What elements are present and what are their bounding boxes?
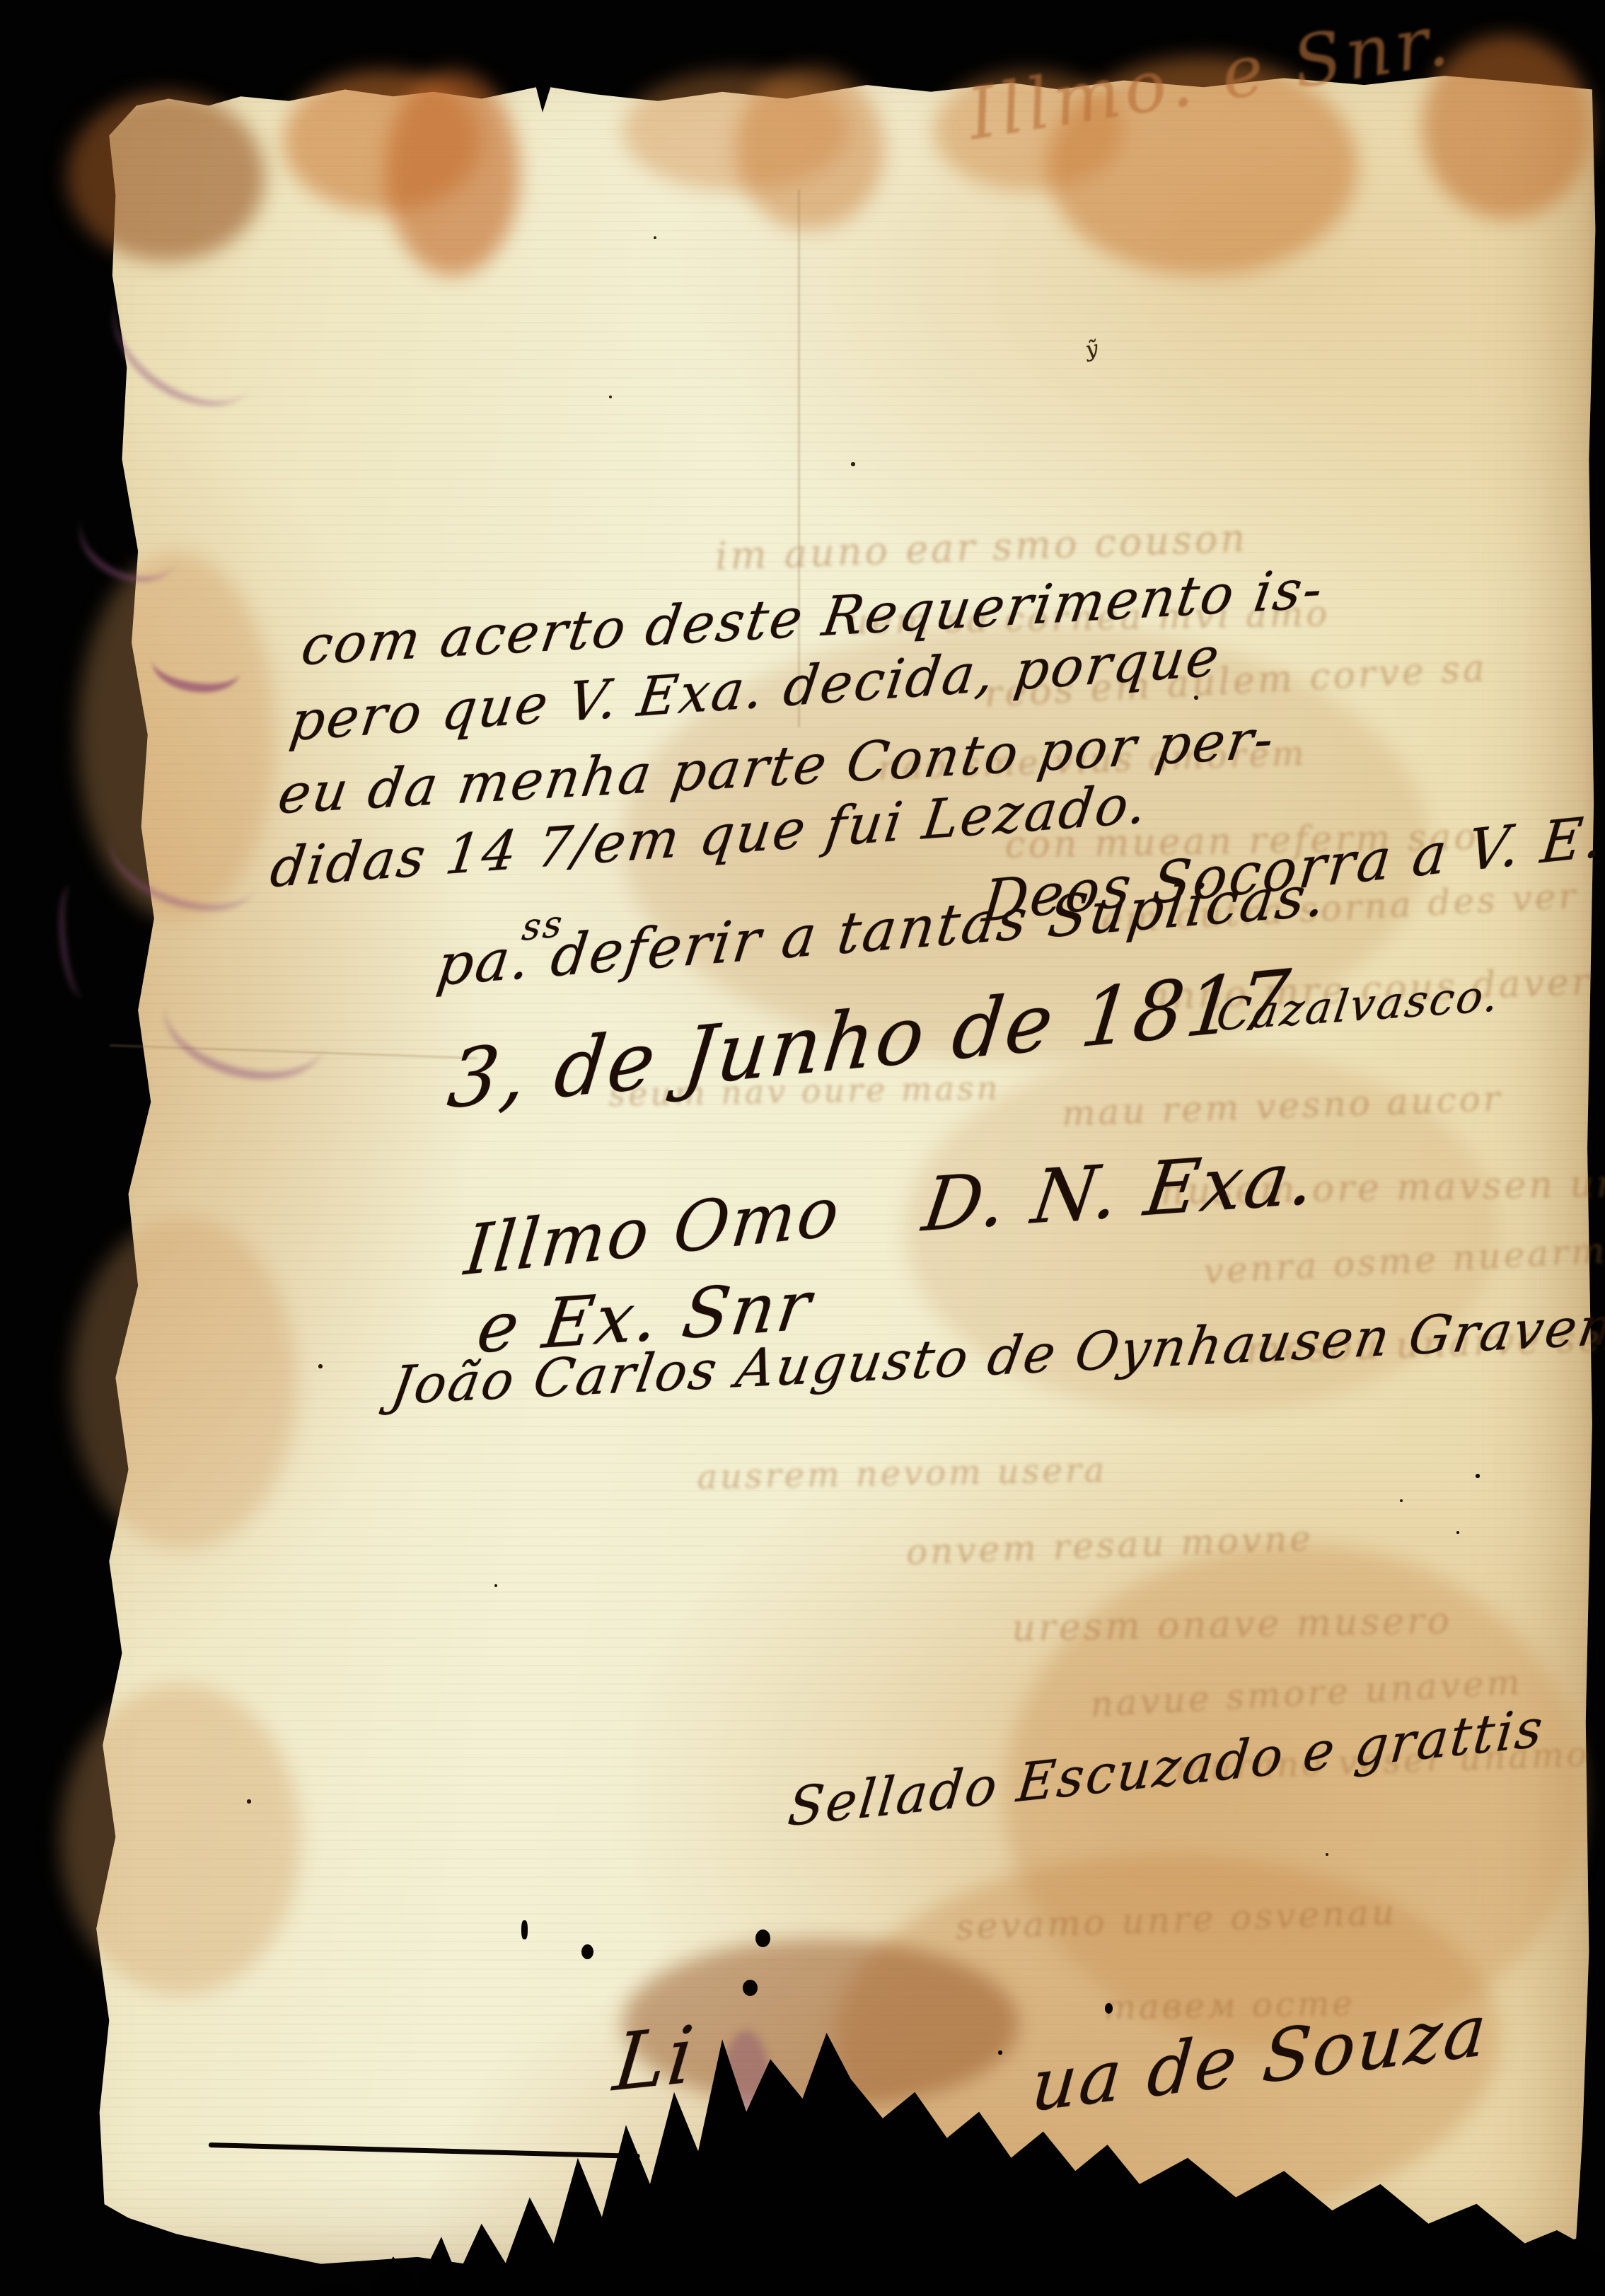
showthrough-line: uresm onave musero (1012, 1600, 1452, 1650)
signature-fragment-left: Li (610, 2009, 700, 2108)
photographed-manuscript-page: im auno ear smo couson uem sa cornea mvi… (0, 0, 1605, 2296)
ink-blot (755, 1929, 770, 1947)
ink-blot (581, 1944, 593, 1959)
ink-blot (1105, 2003, 1113, 2014)
ink-specks (0, 0, 1, 1)
stain-left-band-2 (71, 1217, 297, 1550)
stain-top-4 (736, 67, 884, 230)
stain-left-band-3 (60, 1684, 301, 1995)
stain-top-left-corner (67, 92, 265, 262)
ink-blot (743, 1980, 758, 1996)
stain-top-2 (386, 71, 520, 276)
purple-offset-mark (54, 883, 100, 999)
showthrough-line: ausrem nevom usera (697, 1450, 1108, 1497)
ink-dash-blot (521, 1920, 528, 1939)
